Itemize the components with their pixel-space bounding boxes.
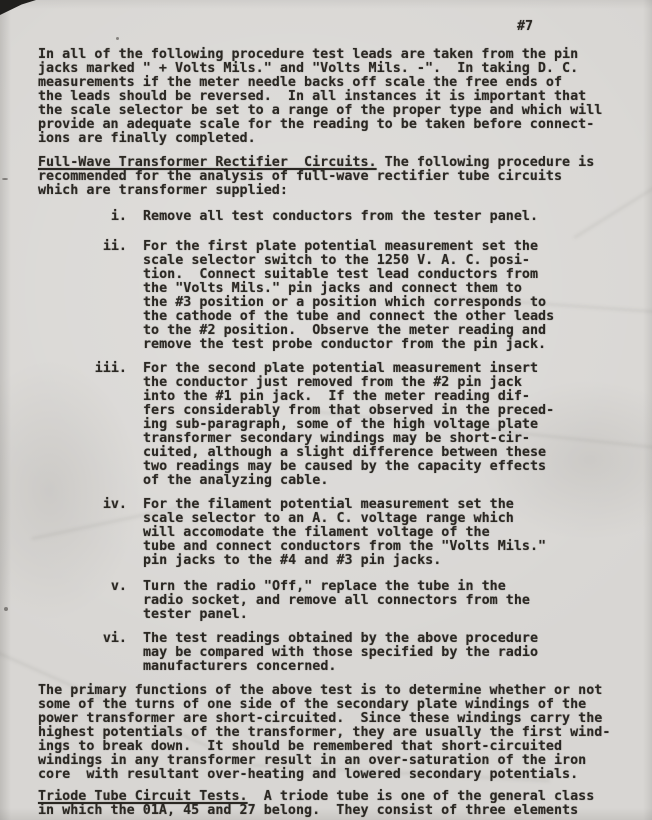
step-numeral: iii. bbox=[38, 362, 127, 488]
intro-paragraph: In all of the following procedure test l… bbox=[38, 48, 642, 146]
step-text: For the filament potential measurement s… bbox=[143, 498, 546, 568]
step-numeral: ii. bbox=[38, 240, 127, 352]
summary-paragraph: The primary functions of the above test … bbox=[38, 684, 642, 782]
section-triode-heading: Triode Tube Circuit Tests. bbox=[38, 789, 248, 804]
page-content: In all of the following procedure test l… bbox=[0, 0, 652, 818]
step-text: For the second plate potential measureme… bbox=[143, 362, 554, 488]
step-text: Remove all test conductors from the test… bbox=[143, 210, 538, 224]
step-numeral: vi. bbox=[38, 632, 127, 674]
procedure-step-ii: ii. For the first plate potential measur… bbox=[38, 240, 642, 352]
procedure-step-iv: iv. For the filament potential measureme… bbox=[38, 498, 642, 568]
procedure-step-v: v. Turn the radio "Off," replace the tub… bbox=[38, 580, 642, 622]
step-numeral: iv. bbox=[38, 498, 127, 568]
section-fullwave-heading: Full-Wave Transformer Rectifier Circuits… bbox=[38, 155, 377, 170]
section-fullwave: Full-Wave Transformer Rectifier Circuits… bbox=[38, 156, 642, 198]
step-text: For the first plate potential measuremen… bbox=[143, 240, 554, 352]
procedure-list: i. Remove all test conductors from the t… bbox=[38, 210, 642, 674]
section-triode: Triode Tube Circuit Tests. A triode tube… bbox=[38, 790, 642, 818]
procedure-step-vi: vi. The test readings obtained by the ab… bbox=[38, 632, 642, 674]
procedure-step-iii: iii. For the second plate potential meas… bbox=[38, 362, 642, 488]
step-numeral: v. bbox=[38, 580, 127, 622]
document-page: #7 In all of the following procedure tes… bbox=[0, 0, 652, 820]
step-text: Turn the radio "Off," replace the tube i… bbox=[143, 580, 530, 622]
step-text: The test readings obtained by the above … bbox=[143, 632, 538, 674]
step-numeral: i. bbox=[38, 210, 127, 224]
procedure-step-i: i. Remove all test conductors from the t… bbox=[38, 210, 642, 224]
